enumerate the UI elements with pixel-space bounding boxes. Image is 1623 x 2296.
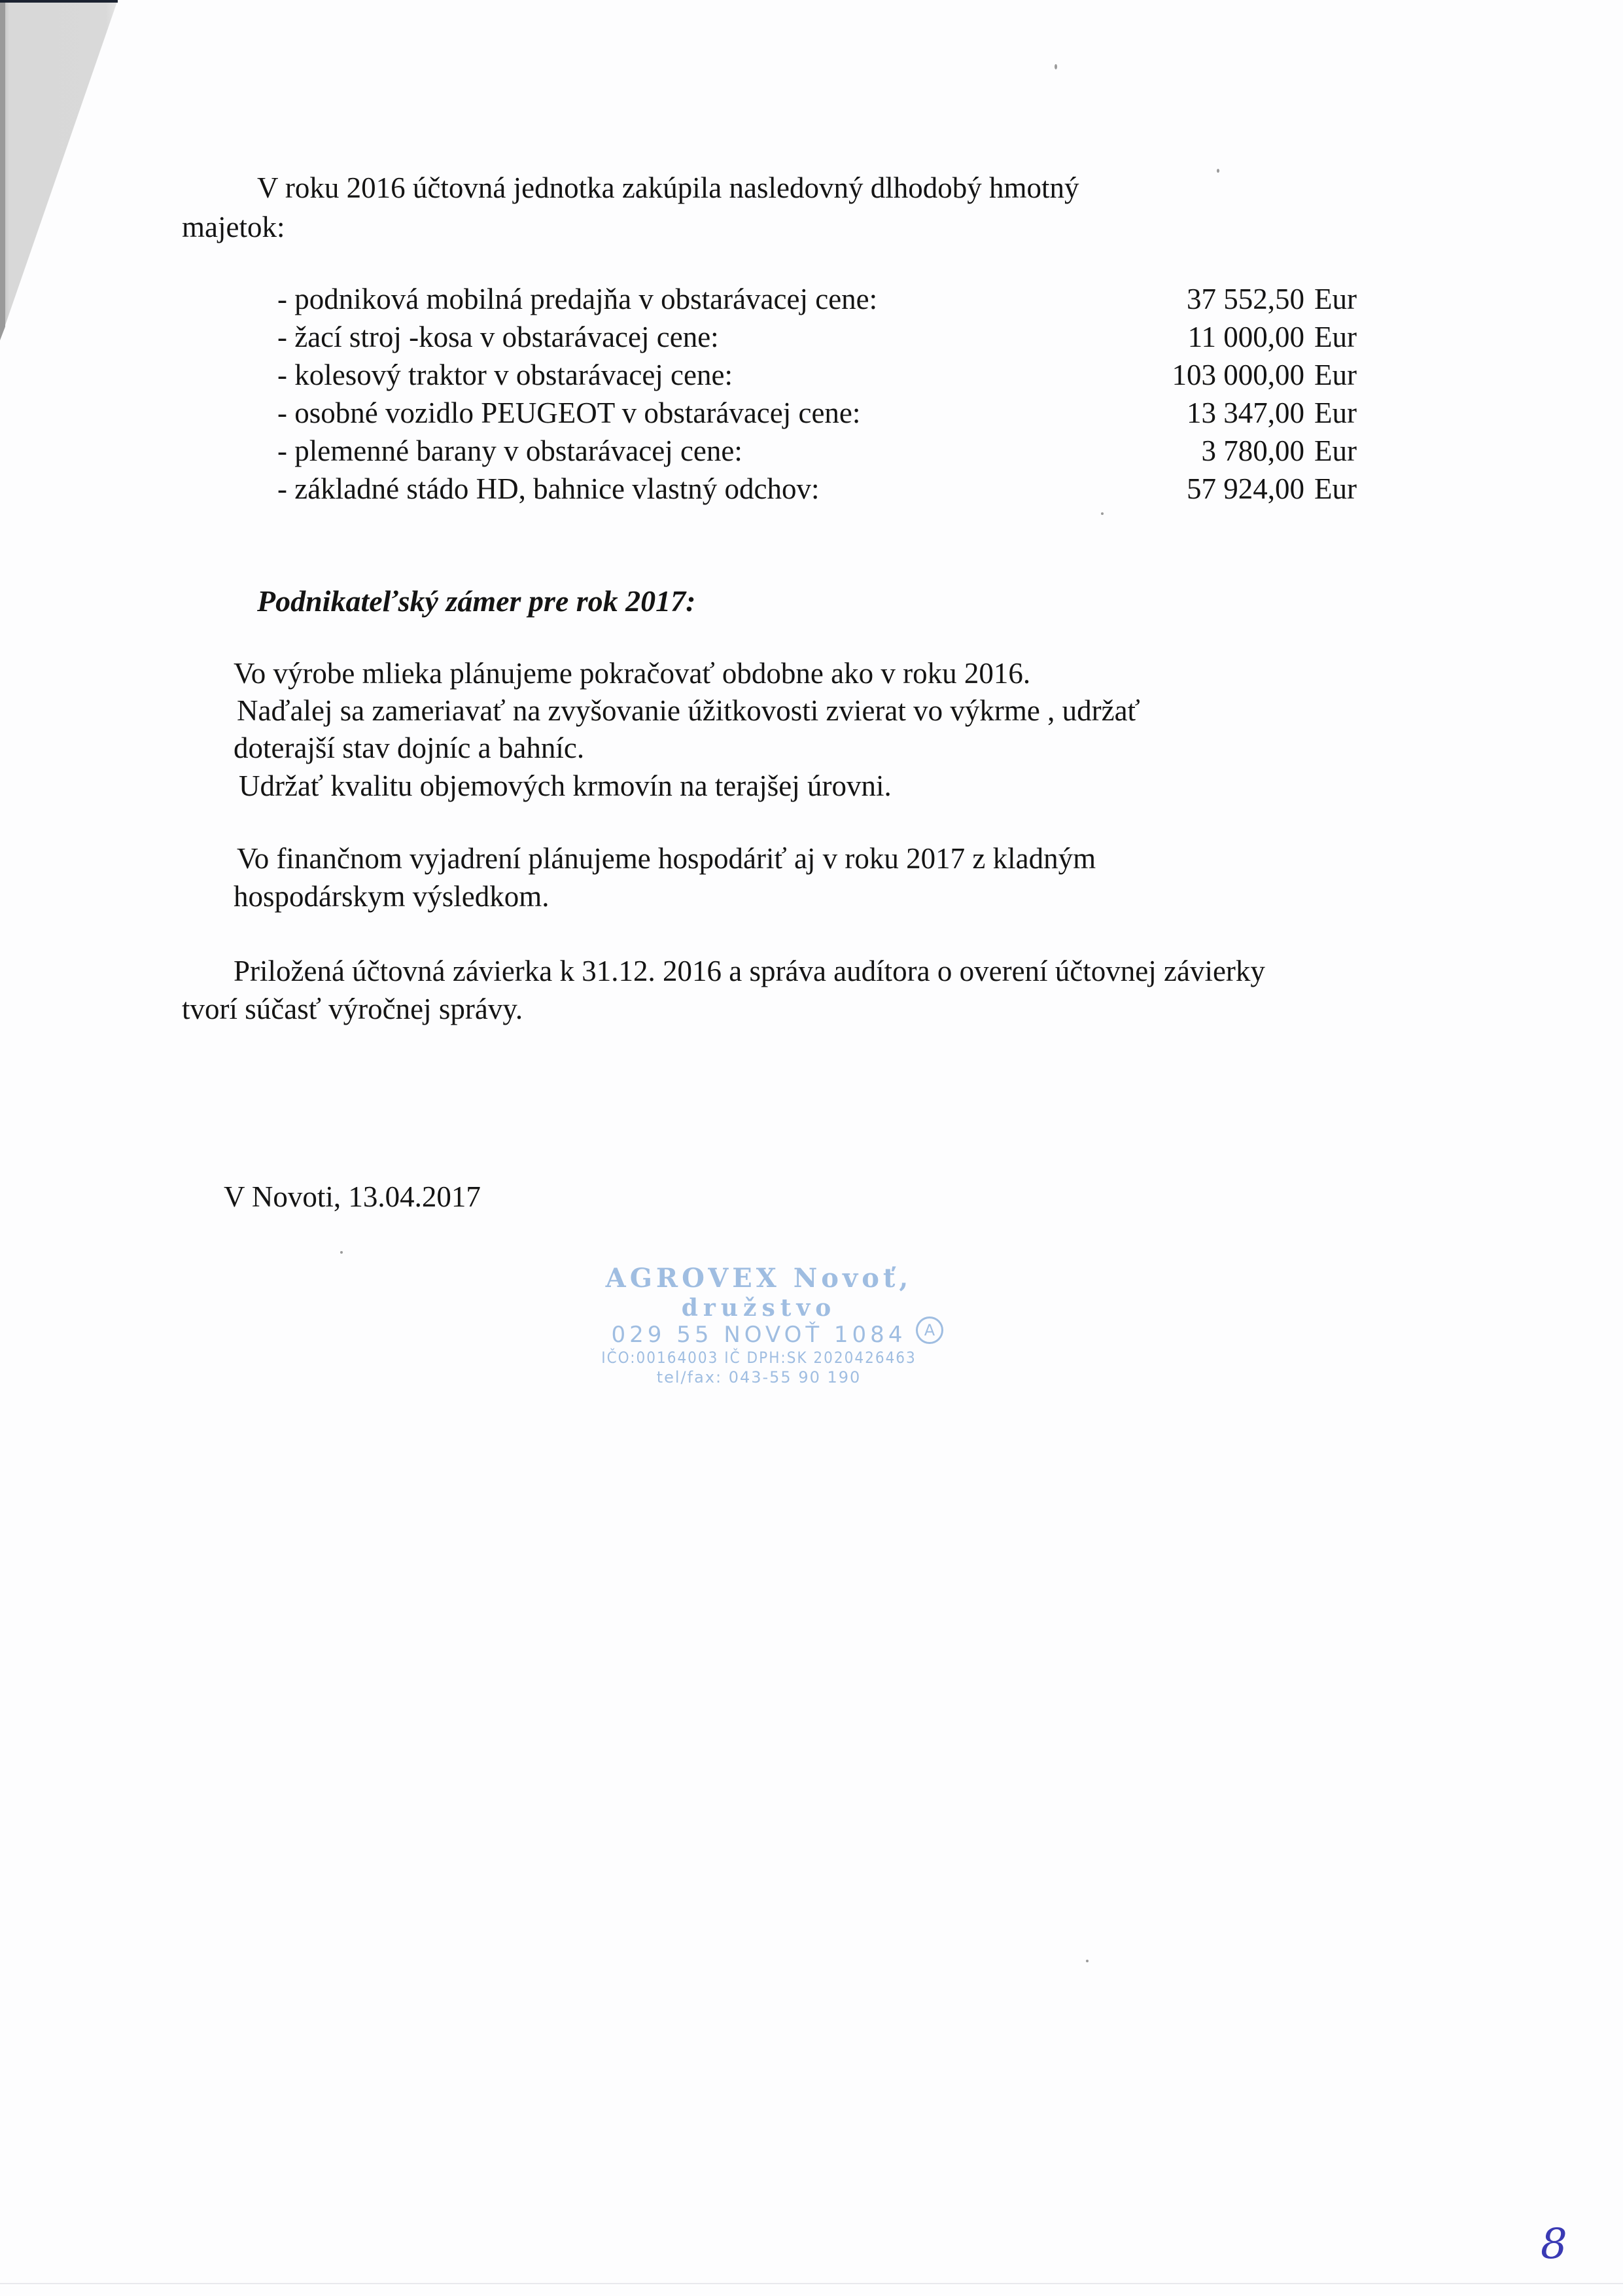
asset-label: - podniková mobilná predajňa v obstaráva… (277, 280, 877, 318)
intro-text-line1: V roku 2016 účtovná jednotka zakúpila na… (257, 169, 1079, 207)
plan-heading: Podnikateľský zámer pre rok 2017: (257, 582, 695, 620)
asset-label: - osobné vozidlo PEUGEOT v obstarávacej … (277, 394, 860, 432)
stamp-circle-a-icon: A (916, 1316, 943, 1344)
stamp-company-type: družstvo (576, 1294, 942, 1322)
asset-currency: Eur (1314, 432, 1357, 470)
handwritten-page-number: 8 (1541, 2221, 1567, 2267)
asset-amount: 3 780,00 (1115, 432, 1304, 470)
asset-label: - základné stádo HD, bahnice vlastný odc… (277, 470, 820, 508)
speck (1217, 169, 1219, 173)
asset-label: - plemenné barany v obstarávacej cene: (277, 432, 742, 470)
plan-paragraph: Udržať kvalitu objemových krmovín na ter… (239, 767, 892, 805)
asset-amount: 13 347,00 (1115, 394, 1304, 432)
company-stamp: AGROVEX Novoť, družstvo 029 55 NOVOŤ 108… (576, 1263, 942, 1387)
intro-text-line2: majetok: (182, 208, 285, 246)
asset-currency: Eur (1314, 470, 1357, 508)
scan-top-bar (0, 0, 118, 3)
financial-plan-paragraph: hospodárskym výsledkom. (234, 877, 549, 915)
asset-currency: Eur (1314, 394, 1357, 432)
speck (1086, 1960, 1089, 1962)
page-bottom-edge (0, 2283, 1623, 2284)
asset-label: - žací stroj -kosa v obstarávacej cene: (277, 318, 719, 356)
attachment-note: Priložená účtovná závierka k 31.12. 2016… (234, 952, 1265, 990)
stamp-address: 029 55 NOVOŤ 1084 (576, 1322, 942, 1348)
asset-amount: 57 924,00 (1115, 470, 1304, 508)
scan-shadow (0, 0, 118, 340)
asset-label: - kolesový traktor v obstarávacej cene: (277, 356, 733, 394)
stamp-ids: IČO:00164003 IČ DPH:SK 2020426463 (576, 1348, 942, 1368)
speck (340, 1251, 343, 1254)
stamp-phone: tel/fax: 043-55 90 190 (576, 1368, 942, 1387)
asset-amount: 37 552,50 (1115, 280, 1304, 318)
asset-amount: 11 000,00 (1115, 318, 1304, 356)
place-and-date: V Novoti, 13.04.2017 (224, 1178, 481, 1216)
asset-currency: Eur (1314, 318, 1357, 356)
plan-paragraph: Naďalej sa zameriavať na zvyšovanie úžit… (237, 692, 1140, 730)
attachment-note: tvorí súčasť výročnej správy. (182, 990, 523, 1028)
speck (1055, 64, 1057, 69)
asset-currency: Eur (1314, 280, 1357, 318)
asset-amount: 103 000,00 (1115, 356, 1304, 394)
financial-plan-paragraph: Vo finančnom vyjadrení plánujeme hospodá… (237, 839, 1096, 877)
plan-paragraph: doterajší stav dojníc a bahníc. (234, 729, 584, 767)
asset-currency: Eur (1314, 356, 1357, 394)
speck (1101, 512, 1104, 515)
scan-shadow-edge (0, 0, 5, 340)
stamp-company-name: AGROVEX Novoť, (576, 1263, 942, 1294)
plan-paragraph: Vo výrobe mlieka plánujeme pokračovať ob… (234, 654, 1030, 692)
